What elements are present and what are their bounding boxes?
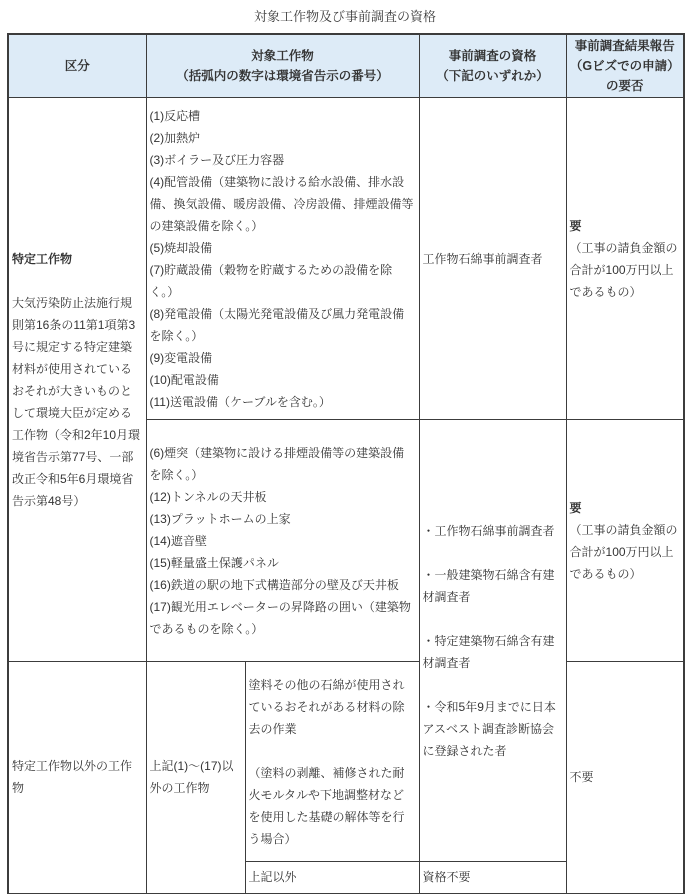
cell-report-2: 要 （工事の請負金額の合計が100万円以上であるもの）: [566, 420, 684, 662]
cell-qualification-none: 資格不要: [419, 862, 566, 894]
work-other-text: 上記以外: [249, 866, 416, 888]
report-required-note: （工事の請負金額の合計が100万円以上であるもの）: [570, 519, 681, 585]
report-required-label: 要: [570, 497, 681, 519]
other-structures-label: 特定工作物以外の工作物: [12, 755, 143, 799]
cell-report-1: 要 （工事の請負金額の合計が100万円以上であるもの）: [566, 98, 684, 420]
header-report-line1: 事前調査結果報告: [569, 36, 682, 56]
target-item: (5)焼却設備: [150, 237, 416, 259]
cell-category-other: 特定工作物以外の工作物: [8, 662, 146, 894]
qualification-none-text: 資格不要: [423, 866, 563, 888]
header-category-cell: 区分: [8, 34, 146, 98]
header-report-line3: の要否: [569, 76, 682, 96]
header-report-line2: （Gビズでの申請）: [569, 56, 682, 76]
work-paint-note: （塗料の剥離、補修された耐火モルタルや下地調整材などを使用した基礎の解体等を行う…: [249, 762, 416, 850]
target-item: (12)トンネルの天井板: [150, 486, 416, 508]
qualification-table: 区分 対象工作物 （括弧内の数字は環境省告示の番号） 事前調査の資格 （下記のい…: [7, 33, 685, 894]
target-item: (2)加熱炉: [150, 127, 416, 149]
row-specified-a: 特定工作物 大気汚染防止法施行規則第16条の11第1項第3号に規定する特定建築材…: [8, 98, 684, 420]
target-item: (17)観光用エレベーターの昇降路の囲い（建築物であるものを除く。）: [150, 596, 416, 640]
header-category-label: 区分: [11, 56, 144, 76]
specified-structures-title: 特定工作物: [12, 248, 143, 270]
report-required-label: 要: [570, 215, 681, 237]
target-item: (11)送電設備（ケーブルを含む。）: [150, 391, 416, 413]
header-target-line1: 対象工作物: [149, 46, 417, 66]
cell-scope-other: 上記(1)～(17)以外の工作物: [146, 662, 245, 894]
page: 対象工作物及び事前調査の資格 区分 対象工作物 （括弧内の数字は環境省告示の番号…: [0, 0, 690, 894]
target-item: (4)配管設備（建築物に設ける給水設備、排水設備、換気設備、暖房設備、冷房設備、…: [150, 171, 416, 237]
target-item: (3)ボイラー及び圧力容器: [150, 149, 416, 171]
cell-work-other: 上記以外: [245, 862, 419, 894]
header-qualification-cell: 事前調査の資格 （下記のいずれか）: [419, 34, 566, 98]
cell-target-items-2: (6)煙突（建築物に設ける排煙設備等の建築設備を除く。） (12)トンネルの天井…: [146, 420, 419, 662]
qualification-text: 工作物石綿事前調査者: [423, 248, 563, 270]
header-target-line2: （括弧内の数字は環境省告示の番号）: [149, 66, 417, 86]
header-report-cell: 事前調査結果報告 （Gビズでの申請） の要否: [566, 34, 684, 98]
header-qualification-line2: （下記のいずれか）: [422, 66, 564, 86]
page-title: 対象工作物及び事前調査の資格: [0, 7, 690, 27]
header-row: 区分 対象工作物 （括弧内の数字は環境省告示の番号） 事前調査の資格 （下記のい…: [8, 34, 684, 98]
cell-report-other: 不要: [566, 662, 684, 894]
row-other-a: 特定工作物以外の工作物 上記(1)～(17)以外の工作物 塗料その他の石綿が使用…: [8, 662, 684, 862]
target-item: (6)煙突（建築物に設ける排煙設備等の建築設備を除く。）: [150, 442, 416, 486]
target-item: (1)反応槽: [150, 105, 416, 127]
target-item: (13)プラットホームの上家: [150, 508, 416, 530]
target-item: (8)発電設備（太陽光発電設備及び風力発電設備を除く。）: [150, 303, 416, 347]
cell-target-items-1: (1)反応槽 (2)加熱炉 (3)ボイラー及び圧力容器 (4)配管設備（建築物に…: [146, 98, 419, 420]
report-not-required-label: 不要: [570, 766, 681, 788]
target-item: (14)遮音壁: [150, 530, 416, 552]
specified-structures-description: 大気汚染防止法施行規則第16条の11第1項第3号に規定する特定建築材料が使用され…: [12, 292, 143, 512]
header-qualification-line1: 事前調査の資格: [422, 46, 564, 66]
header-target-cell: 対象工作物 （括弧内の数字は環境省告示の番号）: [146, 34, 419, 98]
cell-qualification-1: 工作物石綿事前調査者: [419, 98, 566, 420]
work-paint-text: 塗料その他の石綿が使用されているおそれがある材料の除去の作業: [249, 674, 416, 740]
cell-work-paint: 塗料その他の石綿が使用されているおそれがある材料の除去の作業 （塗料の剥離、補修…: [245, 662, 419, 862]
qualification-bullet: ・令和5年9月までに日本アスベスト調査診断協会に登録された者: [423, 696, 563, 762]
qualification-bullet: ・工作物石綿事前調査者: [423, 520, 563, 542]
qualification-bullet: ・一般建築物石綿含有建材調査者: [423, 564, 563, 608]
report-required-note: （工事の請負金額の合計が100万円以上であるもの）: [570, 237, 681, 303]
target-item: (10)配電設備: [150, 369, 416, 391]
target-item: (16)鉄道の駅の地下式構造部分の壁及び天井板: [150, 574, 416, 596]
scope-other-text: 上記(1)～(17)以外の工作物: [150, 755, 242, 799]
qualification-bullet: ・特定建築物石綿含有建材調査者: [423, 630, 563, 674]
cell-category-specified: 特定工作物 大気汚染防止法施行規則第16条の11第1項第3号に規定する特定建築材…: [8, 98, 146, 662]
target-item: (15)軽量盛土保護パネル: [150, 552, 416, 574]
target-item: (7)貯蔵設備（穀物を貯蔵するための設備を除く。）: [150, 259, 416, 303]
target-item: (9)変電設備: [150, 347, 416, 369]
cell-qualification-2: ・工作物石綿事前調査者 ・一般建築物石綿含有建材調査者 ・特定建築物石綿含有建材…: [419, 420, 566, 862]
